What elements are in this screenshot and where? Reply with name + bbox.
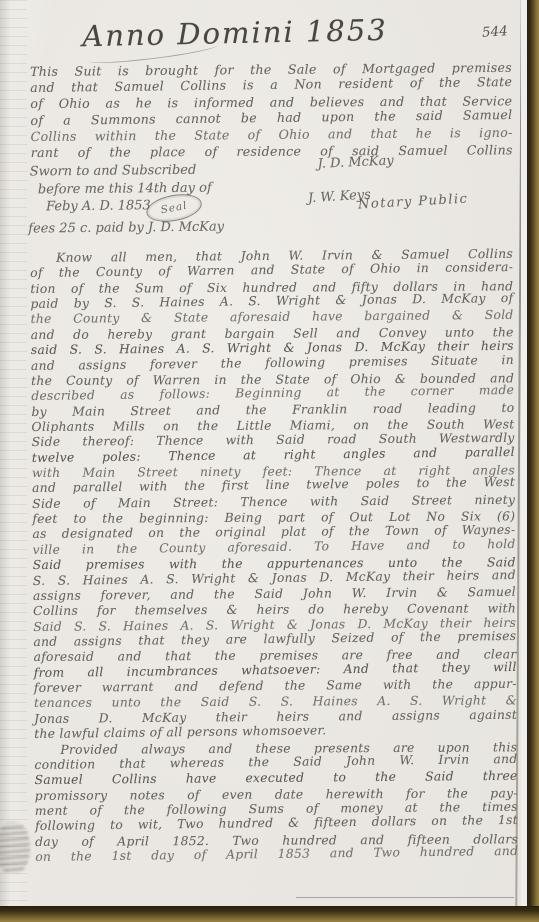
frame-bottom [0,906,539,922]
frame-right [527,0,539,922]
manuscript-line: Samuel Collins have executed to the Said… [35,769,518,789]
notary-attestation-block: Sworn to and Subscribed J. D. McKay befo… [0,153,539,251]
notary-date-line: Feby A. D. 1853 [46,198,151,214]
notary-title: Notary Public [358,192,469,213]
sworn-statement-line: Sworn to and Subscribed [30,163,197,180]
seal-label: Seal [160,200,189,217]
gutter-shading [0,0,27,922]
bottom-rule [296,897,514,898]
page-title: Anno Domini 1853 [60,12,411,53]
fees-note: fees 25 c. paid by J. D. McKay [28,219,224,236]
scan-page: Anno Domini 1853 544 This Suit is brough… [0,0,539,922]
page-number: 544 [481,23,508,41]
affidavit-paragraph: This Suit is brought for the Sale of Mor… [30,60,513,161]
binding-smudge [0,822,30,874]
affiant-signature: J. D. McKay [317,153,394,171]
deed-paragraph: Know all men, that John W. Irvin & Samue… [30,247,518,866]
